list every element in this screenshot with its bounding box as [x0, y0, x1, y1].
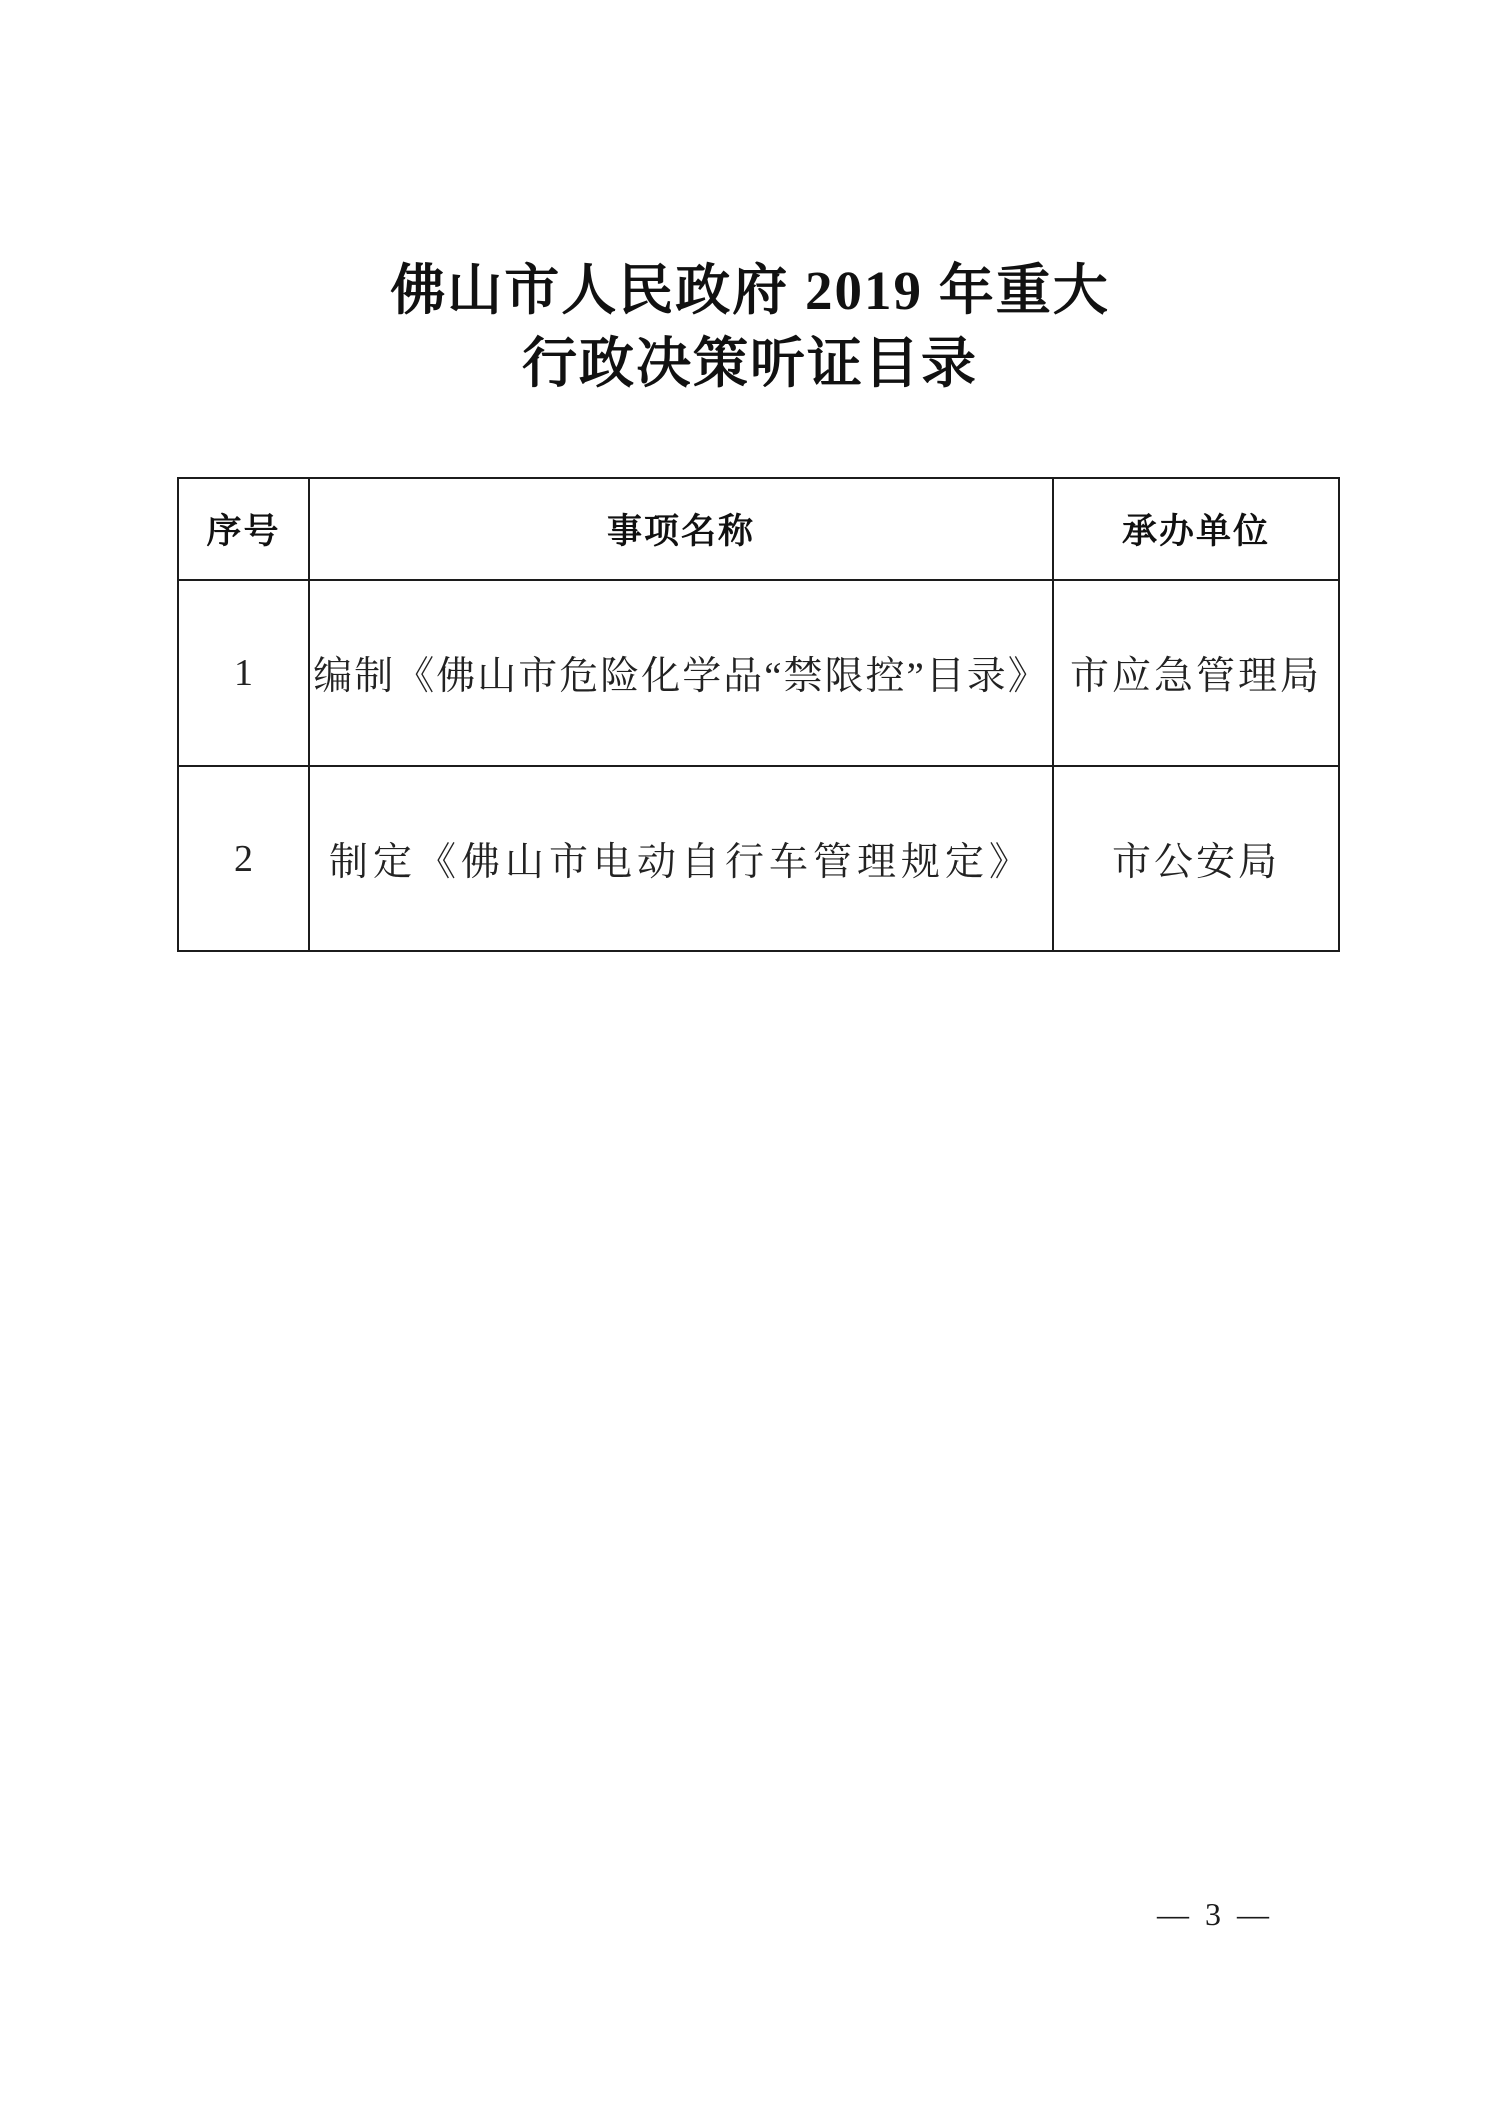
document-title-line2: 行政决策听证目录 [0, 327, 1500, 400]
row-index: 1 [178, 580, 309, 766]
table-row: 1 编制《佛山市危险化学品“禁限控”目录》 市应急管理局 [178, 580, 1339, 766]
row-undertaking-unit: 市应急管理局 [1053, 580, 1339, 766]
row-item-name: 制定《佛山市电动自行车管理规定》 [309, 766, 1053, 951]
column-header-index: 序号 [178, 478, 309, 580]
table-row: 2 制定《佛山市电动自行车管理规定》 市公安局 [178, 766, 1339, 951]
row-index: 2 [178, 766, 309, 951]
row-undertaking-unit: 市公安局 [1053, 766, 1339, 951]
page-number: — 3 — [1115, 1896, 1315, 1933]
row-item-name: 编制《佛山市危险化学品“禁限控”目录》 [309, 580, 1053, 766]
document-title-line1: 佛山市人民政府 2019 年重大 [0, 254, 1500, 327]
hearing-catalog-table: 序号 事项名称 承办单位 1 编制《佛山市危险化学品“禁限控”目录》 市应急管理… [177, 477, 1340, 952]
document-page: 佛山市人民政府 2019 年重大 行政决策听证目录 序号 事项名称 承办单位 1… [0, 0, 1500, 2121]
table-header-row: 序号 事项名称 承办单位 [178, 478, 1339, 580]
column-header-item-name: 事项名称 [309, 478, 1053, 580]
document-title: 佛山市人民政府 2019 年重大 行政决策听证目录 [0, 254, 1500, 400]
column-header-undertaking-unit: 承办单位 [1053, 478, 1339, 580]
